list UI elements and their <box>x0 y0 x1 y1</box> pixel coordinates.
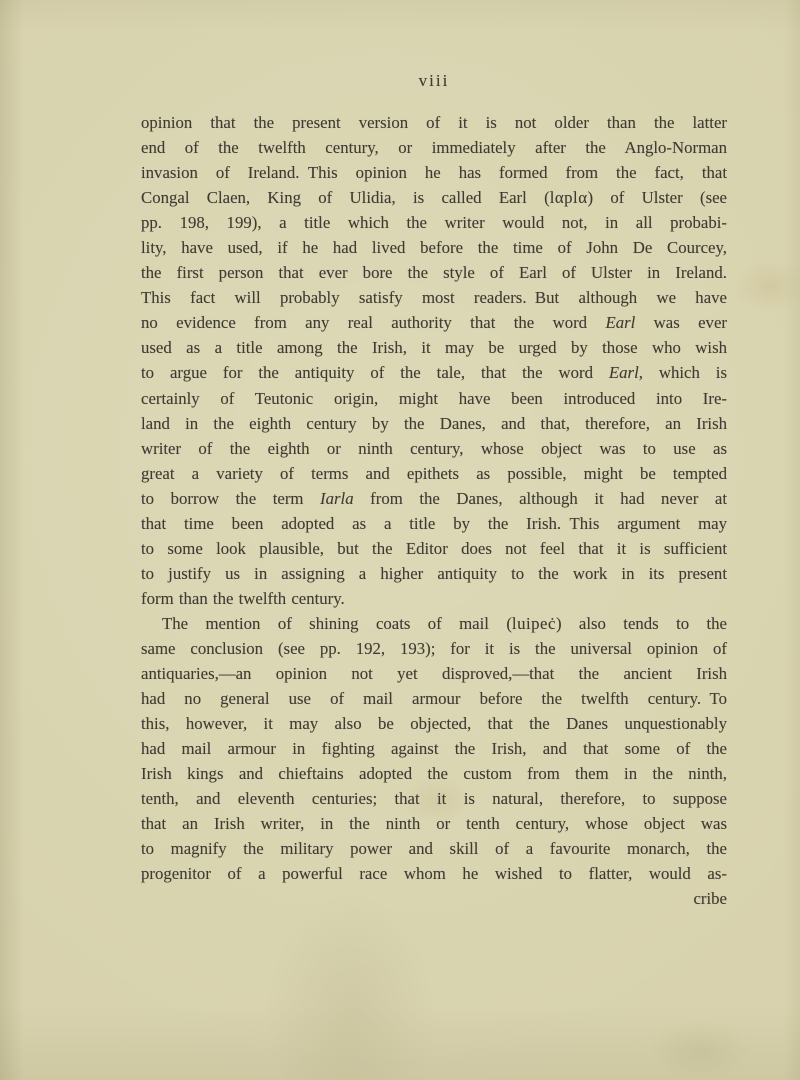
text-line: This fact will probably satisfy most rea… <box>141 285 727 310</box>
text-segment: This fact will probably satisfy most rea… <box>141 288 727 307</box>
text-line: The mention of shining coats of mail (lu… <box>141 611 727 636</box>
text-segment: writer of the eighth or ninth century, w… <box>141 439 727 458</box>
text-segment: form than the twelfth century. <box>141 589 345 608</box>
text-segment: opinion that the present version of it i… <box>141 113 727 132</box>
text-line: land in the eighth century by the Danes,… <box>141 411 727 436</box>
text-line: that time been adopted as a title by the… <box>141 511 727 536</box>
text-segment: to some look plausible, but the Editor d… <box>141 539 727 558</box>
text-line: antiquaries,—an opinion not yet disprove… <box>141 661 727 686</box>
text-line: to borrow the term Iarla from the Danes,… <box>141 486 727 511</box>
text-line: to magnify the military power and skill … <box>141 836 727 861</box>
text-segment: certainly of Teutonic origin, might have… <box>141 389 727 408</box>
text-line: no evidence from any real authority that… <box>141 310 727 335</box>
text-line: end of the twelfth century, or immediate… <box>141 135 727 160</box>
text-segment: ) also tends to the <box>556 614 727 633</box>
catchword: cribe <box>141 886 727 911</box>
page-text: opinion that the present version of it i… <box>141 110 727 912</box>
text-segment: Congal Claen, King of Ulidia, is called … <box>141 188 550 207</box>
text-line: Irish kings and chieftains adopted the c… <box>141 761 727 786</box>
text-segment: to justify us in assigning a higher anti… <box>141 564 727 583</box>
text-segment: had no general use of mail armour before… <box>141 689 727 708</box>
text-line: to some look plausible, but the Editor d… <box>141 536 727 561</box>
text-segment: pp. 198, 199), a title which the writer … <box>141 213 727 232</box>
text-segment: The mention of shining coats of mail ( <box>162 614 512 633</box>
text-line: pp. 198, 199), a title which the writer … <box>141 210 727 235</box>
text-line: writer of the eighth or ninth century, w… <box>141 436 727 461</box>
text-line: that an Irish writer, in the ninth or te… <box>141 811 727 836</box>
text-segment: lity, have used, if he had lived before … <box>141 238 727 257</box>
text-line: same conclusion (see pp. 192, 193); for … <box>141 636 727 661</box>
text-segment: was ever <box>635 313 727 332</box>
italic-text: Iarla <box>320 489 354 508</box>
text-line: great a variety of terms and epithets as… <box>141 461 727 486</box>
text-line: opinion that the present version of it i… <box>141 110 727 135</box>
text-line: used as a title among the Irish, it may … <box>141 335 727 360</box>
text-segment: great a variety of terms and epithets as… <box>141 464 727 483</box>
text-segment: invasion of Ireland. This opinion he has… <box>141 163 727 182</box>
text-segment: this, however, it may also be objected, … <box>141 714 727 733</box>
text-segment: Irish kings and chieftains adopted the c… <box>141 764 727 783</box>
gaelic-text: lαplα <box>550 188 588 207</box>
text-segment: end of the twelfth century, or immediate… <box>141 138 727 157</box>
text-segment: land in the eighth century by the Danes,… <box>141 414 727 433</box>
text-segment: tenth, and eleventh centuries; that it i… <box>141 789 727 808</box>
text-segment: to borrow the term <box>141 489 320 508</box>
text-segment: to magnify the military power and skill … <box>141 839 727 858</box>
text-segment: progenitor of a powerful race whom he wi… <box>141 864 727 883</box>
text-segment: antiquaries,—an opinion not yet disprove… <box>141 664 727 683</box>
text-segment: , which is <box>639 363 727 382</box>
text-line: progenitor of a powerful race whom he wi… <box>141 861 727 886</box>
text-segment: that an Irish writer, in the ninth or te… <box>141 814 727 833</box>
text-segment: no evidence from any real authority that… <box>141 313 605 332</box>
text-line: to justify us in assigning a higher anti… <box>141 561 727 586</box>
text-line: Congal Claen, King of Ulidia, is called … <box>141 185 727 210</box>
page-number: viii <box>141 71 727 91</box>
text-line: the first person that ever bore the styl… <box>141 260 727 285</box>
text-segment: the first person that ever bore the styl… <box>141 263 727 282</box>
italic-text: Earl <box>609 363 639 382</box>
italic-text: Earl <box>605 313 635 332</box>
text-line: to argue for the antiquity of the tale, … <box>141 360 727 385</box>
text-segment: to argue for the antiquity of the tale, … <box>141 363 609 382</box>
text-segment: that time been adopted as a title by the… <box>141 514 727 533</box>
text-segment: ) of Ulster (see <box>588 188 728 207</box>
text-line: tenth, and eleventh centuries; that it i… <box>141 786 727 811</box>
text-segment: had mail armour in fighting against the … <box>141 739 727 758</box>
text-segment: used as a title among the Irish, it may … <box>141 338 727 357</box>
text-line: certainly of Teutonic origin, might have… <box>141 386 727 411</box>
text-segment: cribe <box>693 889 727 908</box>
text-line: had no general use of mail armour before… <box>141 686 727 711</box>
gaelic-text: luipeċ <box>512 614 556 633</box>
text-line: this, however, it may also be objected, … <box>141 711 727 736</box>
text-line: invasion of Ireland. This opinion he has… <box>141 160 727 185</box>
text-segment: same conclusion (see pp. 192, 193); for … <box>141 639 727 658</box>
text-segment: from the Danes, although it had never at <box>354 489 727 508</box>
text-line: lity, have used, if he had lived before … <box>141 235 727 260</box>
text-line: form than the twelfth century. <box>141 586 727 611</box>
text-line: had mail armour in fighting against the … <box>141 736 727 761</box>
